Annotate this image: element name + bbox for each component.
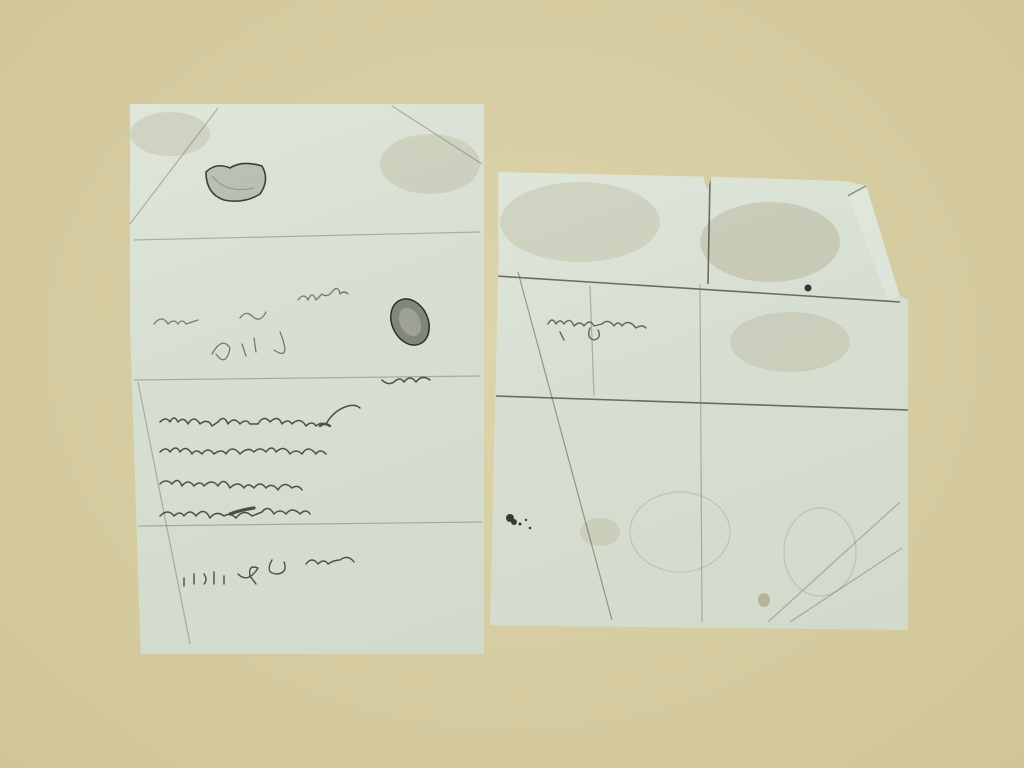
- stain-spot: [758, 593, 770, 607]
- body-handwriting: [160, 377, 430, 518]
- right-wrapper: [490, 172, 908, 630]
- seal-middle-icon: [384, 293, 437, 352]
- left-letter: [130, 104, 484, 654]
- ink-spot: [506, 514, 531, 529]
- seal-top-icon: [206, 163, 266, 201]
- address-handwriting: [548, 320, 646, 340]
- signature-handwriting: [184, 557, 354, 586]
- right-wrapper-markings: [490, 172, 908, 630]
- left-letter-markings: [130, 104, 484, 654]
- header-handwriting: [154, 288, 348, 359]
